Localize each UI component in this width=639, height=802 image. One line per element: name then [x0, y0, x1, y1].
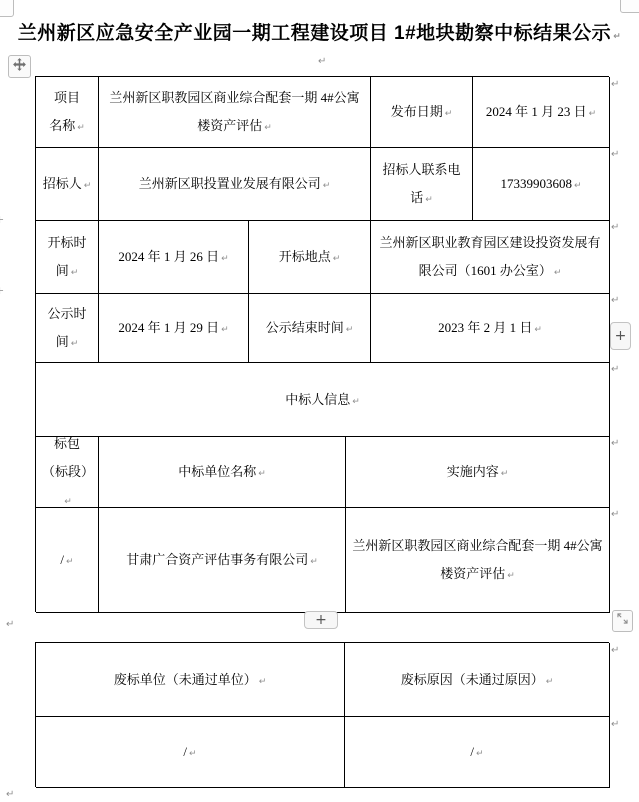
row-end-mark: ↵ — [611, 510, 619, 520]
pilcrow-mark: ↵ — [64, 497, 72, 507]
cell-open-time-value[interactable]: 2024 年 1 月 26 日↵ — [99, 221, 249, 294]
cell-phone-value[interactable]: 17339903608↵ — [473, 148, 610, 221]
plus-icon: + — [615, 329, 627, 343]
pilcrow-mark: ↵ — [501, 469, 509, 479]
insert-row-button[interactable]: + — [304, 611, 338, 629]
cell-package-label[interactable]: 标包 （标段）↵ — [36, 437, 99, 508]
pilcrow-mark: ↵ — [189, 749, 197, 759]
resize-diagonal-icon — [616, 612, 629, 630]
cell-text: 招标人↵ — [43, 170, 92, 198]
cell-text: 中标人信息↵ — [285, 386, 360, 414]
cell-open-time-label[interactable]: 开标时间↵ — [36, 221, 99, 294]
cell-text: 公示结束时间↵ — [266, 314, 354, 342]
pilcrow-mark: ↵ — [574, 181, 582, 191]
pilcrow-mark: ↵ — [323, 181, 331, 191]
cell-text: 开标地点↵ — [279, 243, 341, 271]
pilcrow-mark: ↵ — [77, 123, 85, 133]
pilcrow-mark: ↵ — [507, 571, 515, 581]
row-end-mark: ↵ — [611, 439, 619, 449]
move-icon — [12, 57, 27, 77]
cell-open-place-value[interactable]: 兰州新区职业教育园区建设投资发展有限公司（1601 办公室）↵ — [371, 221, 610, 294]
cell-winner-name-label[interactable]: 中标单位名称↵ — [99, 437, 346, 508]
cell-rejected-reason-label[interactable]: 废标原因（未通过原因）↵ — [345, 643, 610, 717]
pilcrow-mark: ↵ — [221, 254, 229, 264]
pilcrow-mark: ↵ — [534, 325, 542, 335]
pilcrow-mark: ↵ — [546, 677, 554, 687]
cell-text: 废标原因（未通过原因）↵ — [401, 666, 554, 694]
pilcrow-mark: ↵ — [346, 325, 354, 335]
cell-bidder-label[interactable]: 招标人↵ — [36, 148, 99, 221]
cell-text: 甘肃广合资产评估事务有限公司↵ — [126, 546, 318, 574]
paragraph-mark: ↵ — [318, 57, 326, 67]
pilcrow-mark: ↵ — [71, 268, 79, 278]
cell-text: 17339903608↵ — [500, 170, 581, 198]
left-margin-mark: + — [0, 214, 4, 225]
pilcrow-mark: ↵ — [613, 32, 621, 42]
cell-text: 2023 年 2 月 1 日↵ — [438, 314, 542, 342]
document-page: 兰州新区应急安全产业园一期工程建设项目 1#地块勘察中标结果公示↵ ↵ 项目 名… — [0, 0, 639, 802]
rejected-bids-table: 废标单位（未通过单位）↵ 废标原因（未通过原因）↵ /↵ /↵ — [35, 642, 609, 787]
paragraph-mark: ↵ — [6, 790, 14, 800]
cell-text: 公示时间↵ — [42, 300, 92, 356]
cell-text: /↵ — [60, 546, 73, 574]
cell-project-label[interactable]: 项目 名称↵ — [36, 77, 99, 148]
cell-text: 招标人联系电话↵ — [377, 156, 466, 212]
row-end-mark: ↵ — [611, 150, 619, 160]
cell-text: 2024 年 1 月 23 日↵ — [486, 98, 596, 126]
cell-text: 项目 名称↵ — [49, 84, 85, 140]
cell-text: 2024 年 1 月 29 日↵ — [118, 314, 228, 342]
cell-text: 兰州新区职教园区商业综合配套一期 4#公寓楼资产评估↵ — [352, 532, 603, 588]
cell-text: 2024 年 1 月 26 日↵ — [118, 243, 228, 271]
corner-fragment-top-left — [0, 0, 14, 17]
cell-text: 实施内容↵ — [447, 458, 509, 486]
row-end-mark: ↵ — [611, 646, 619, 656]
table-move-handle[interactable] — [8, 55, 31, 78]
pilcrow-mark: ↵ — [445, 109, 453, 119]
pilcrow-mark: ↵ — [259, 677, 267, 687]
cell-winner-section-title[interactable]: 中标人信息↵ — [36, 363, 610, 437]
cell-public-end-label[interactable]: 公示结束时间↵ — [249, 294, 371, 363]
cell-publish-label[interactable]: 发布日期↵ — [371, 77, 473, 148]
cell-text: /↵ — [470, 738, 483, 766]
cell-open-place-label[interactable]: 开标地点↵ — [249, 221, 371, 294]
cell-public-time-value[interactable]: 2024 年 1 月 29 日↵ — [99, 294, 249, 363]
paragraph-mark: ↵ — [6, 620, 14, 630]
pilcrow-mark: ↵ — [310, 557, 318, 567]
pilcrow-mark: ↵ — [71, 339, 79, 349]
cell-rejected-unit-label[interactable]: 废标单位（未通过单位）↵ — [36, 643, 345, 717]
cell-text: 发布日期↵ — [391, 98, 453, 126]
cell-content-label[interactable]: 实施内容↵ — [346, 437, 610, 508]
left-margin-mark: + — [0, 285, 4, 296]
cell-text: /↵ — [183, 738, 196, 766]
row-end-mark: ↵ — [611, 223, 619, 233]
cell-winner-name-value[interactable]: 甘肃广合资产评估事务有限公司↵ — [99, 508, 346, 613]
cell-text: 废标单位（未通过单位）↵ — [114, 666, 267, 694]
insert-column-button[interactable]: + — [610, 322, 631, 350]
row-end-mark: ↵ — [611, 80, 619, 90]
page-title[interactable]: 兰州新区应急安全产业园一期工程建设项目 1#地块勘察中标结果公示↵ — [0, 18, 639, 45]
cell-phone-label[interactable]: 招标人联系电话↵ — [371, 148, 473, 221]
cell-public-end-value[interactable]: 2023 年 2 月 1 日↵ — [371, 294, 610, 363]
cell-rejected-reason-value[interactable]: /↵ — [345, 717, 610, 788]
pilcrow-mark: ↵ — [476, 749, 484, 759]
row-end-mark: ↵ — [611, 720, 619, 730]
corner-fragment-top-right — [620, 0, 639, 13]
cell-text: 兰州新区职教园区商业综合配套一期 4#公寓楼资产评估↵ — [105, 84, 364, 140]
row-end-mark: ↵ — [611, 296, 619, 306]
pilcrow-mark: ↵ — [333, 254, 341, 264]
cell-publish-value[interactable]: 2024 年 1 月 23 日↵ — [473, 77, 610, 148]
cell-package-value[interactable]: /↵ — [36, 508, 99, 613]
cell-project-value[interactable]: 兰州新区职教园区商业综合配套一期 4#公寓楼资产评估↵ — [99, 77, 371, 148]
pilcrow-mark: ↵ — [66, 557, 74, 567]
bid-result-table: 项目 名称↵ 兰州新区职教园区商业综合配套一期 4#公寓楼资产评估↵ 发布日期↵… — [35, 76, 609, 612]
table-resize-handle[interactable] — [612, 610, 633, 632]
cell-rejected-unit-value[interactable]: /↵ — [36, 717, 345, 788]
cell-bidder-value[interactable]: 兰州新区职投置业发展有限公司↵ — [99, 148, 371, 221]
cell-text: 标包 （标段）↵ — [42, 437, 92, 508]
cell-text: 开标时间↵ — [42, 229, 92, 285]
pilcrow-mark: ↵ — [84, 181, 92, 191]
cell-text: 兰州新区职业教育园区建设投资发展有限公司（1601 办公室）↵ — [377, 229, 603, 285]
pilcrow-mark: ↵ — [258, 469, 266, 479]
pilcrow-mark: ↵ — [221, 325, 229, 335]
cell-content-value[interactable]: 兰州新区职教园区商业综合配套一期 4#公寓楼资产评估↵ — [346, 508, 610, 613]
pilcrow-mark: ↵ — [425, 195, 433, 205]
cell-text: 兰州新区职投置业发展有限公司↵ — [139, 170, 331, 198]
pilcrow-mark: ↵ — [589, 109, 597, 119]
pilcrow-mark: ↵ — [264, 123, 272, 133]
row-end-mark: ↵ — [611, 365, 619, 375]
pilcrow-mark: ↵ — [352, 397, 360, 407]
cell-public-time-label[interactable]: 公示时间↵ — [36, 294, 99, 363]
pilcrow-mark: ↵ — [554, 268, 562, 278]
plus-icon: + — [315, 613, 327, 627]
cell-text: 中标单位名称↵ — [178, 458, 266, 486]
